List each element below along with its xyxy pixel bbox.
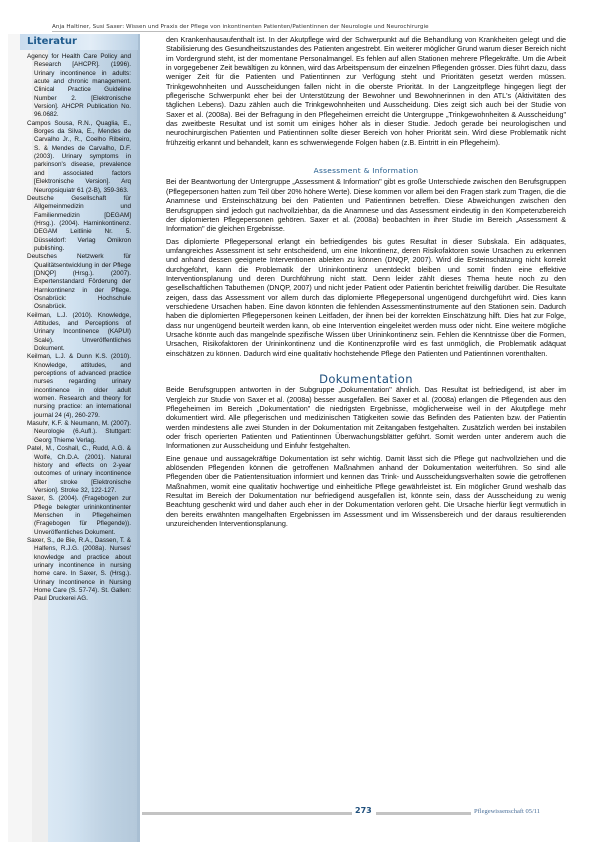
reference-item: Keilman, L.J. (2010). Knowledge, Attitud… — [27, 312, 131, 354]
section-heading-documentation: Dokumentation — [166, 375, 566, 384]
reference-item: Patel, M., Coshall, C., Rudd, A.G. & Wol… — [27, 445, 131, 495]
main-body: den Krankenhausaufenthalt ist. In der Ak… — [166, 35, 566, 529]
reference-item: Keilman, L.J. & Dunn K.S. (2010). Knowle… — [27, 353, 131, 420]
reference-item: Saxer, S., de Bie, R.A., Dassen, T. & Ha… — [27, 537, 131, 604]
reference-item: Agency for Health Care Policy and Resear… — [27, 53, 131, 120]
assessment-paragraph: Bei der Beantwortung der Untergruppe „As… — [166, 177, 566, 233]
reference-list: Agency for Health Care Policy and Resear… — [27, 53, 131, 604]
reference-item: Deutsches Netzwerk für Qualitätsentwickl… — [27, 253, 131, 311]
journal-reference: Pflegewissenschaft 05/11 — [474, 808, 540, 815]
sidebar-edge — [137, 34, 140, 842]
sidebar-title: Literatur — [27, 36, 77, 47]
documentation-paragraph: Beide Berufsgruppen antworten in der Sub… — [166, 385, 566, 450]
reference-item: Deutsche Gesellschaft für Allgemeinmediz… — [27, 195, 131, 253]
running-header: Anja Haltiner, Susi Saxer: Wissen und Pr… — [52, 24, 532, 32]
reference-item: Masuhr, K.F. & Neumann, M. (2007). Neuro… — [27, 420, 131, 445]
footer-rule-left — [142, 812, 352, 815]
section-heading-assessment: Assessment & Information — [166, 166, 566, 175]
reference-item: Campos Sousa, R.N., Quaglia, E., Borges … — [27, 120, 131, 195]
reference-item: Saxer, S. (2004). (Fragebogen zur Pflege… — [27, 495, 131, 537]
footer-rule-right — [376, 812, 471, 815]
intro-paragraph: den Krankenhausaufenthalt ist. In der Ak… — [166, 35, 566, 147]
documentation-paragraph: Eine genaue und aussagekräftige Dokument… — [166, 454, 566, 529]
page-number: 273 — [355, 806, 372, 815]
assessment-paragraph: Das diplomierte Pflegepersonal erlangt e… — [166, 237, 566, 358]
